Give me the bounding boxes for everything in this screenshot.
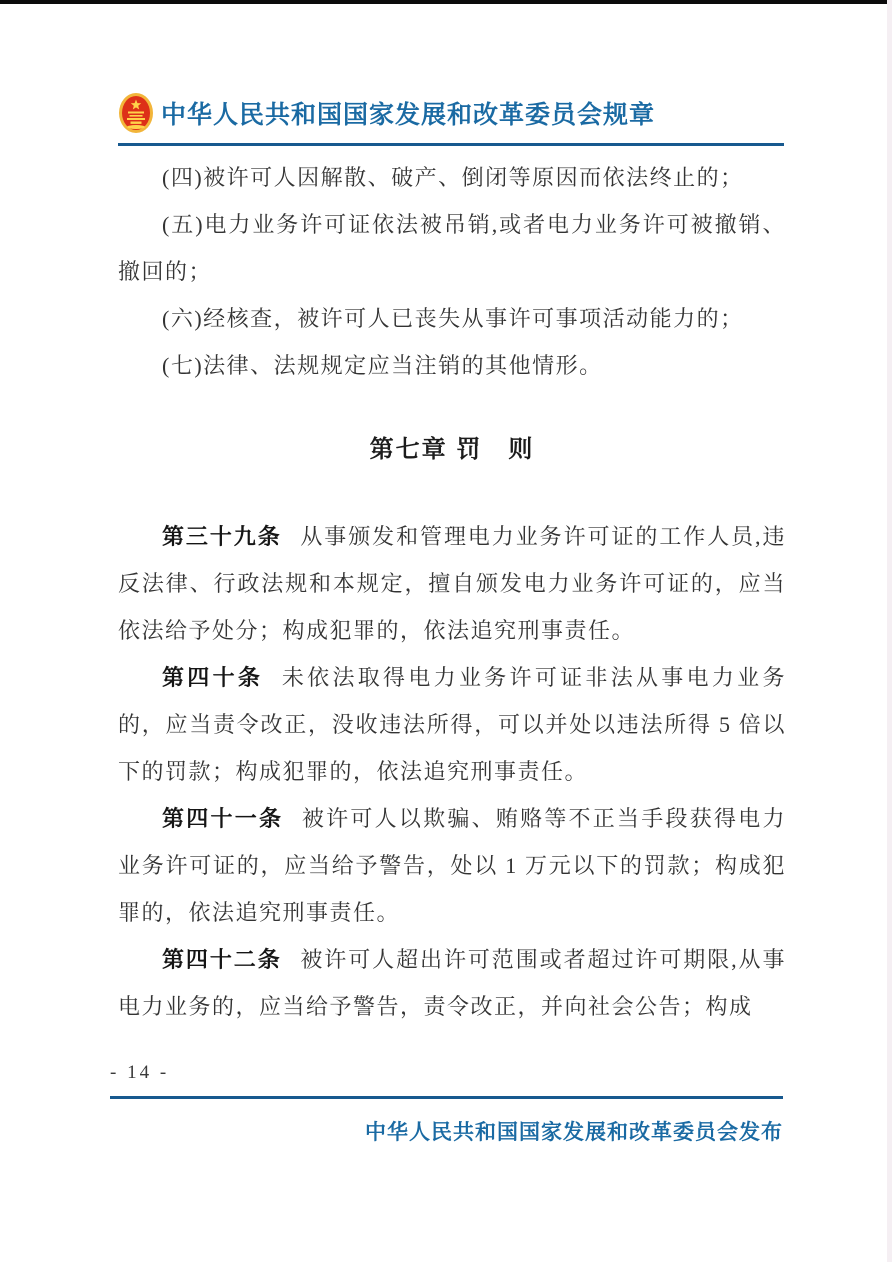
article-40: 第四十条未依法取得电力业务许可证非法从事电力业务的，应当责令改正，没收违法所得，… (118, 654, 786, 795)
document-footer: - 14 - 中华人民共和国国家发展和改革委员会发布 (0, 1061, 892, 1146)
document-header: 中华人民共和国国家发展和改革委员会规章 (118, 92, 892, 134)
scan-top-edge (0, 0, 889, 4)
article-41: 第四十一条被许可人以欺骗、贿赂等不正当手段获得电力业务许可证的，应当给予警告，处… (118, 795, 786, 936)
page-number: - 14 - (110, 1061, 892, 1085)
scan-right-edge (887, 0, 892, 1262)
clause-item-4: (四)被许可人因解散、破产、倒闭等原因而依法终止的； (118, 154, 786, 201)
header-title: 中华人民共和国国家发展和改革委员会规章 (161, 95, 655, 131)
article-42: 第四十二条被许可人超出许可范围或者超过许可期限,从事电力业务的，应当给予警告，责… (118, 936, 786, 1030)
clause-item-7: (七)法律、法规规定应当注销的其他情形。 (118, 342, 786, 389)
china-national-emblem-icon (118, 92, 154, 134)
chapter-heading: 第七章 罚 则 (118, 435, 786, 465)
publisher-line: 中华人民共和国国家发展和改革委员会发布 (0, 1116, 783, 1146)
footer-divider (110, 1096, 783, 1099)
document-page: 中华人民共和国国家发展和改革委员会规章 (四)被许可人因解散、破产、倒闭等原因而… (0, 0, 892, 1262)
article-42-number: 第四十二条 (162, 947, 282, 972)
article-41-number: 第四十一条 (162, 806, 283, 831)
article-39: 第三十九条从事颁发和管理电力业务许可证的工作人员,违反法律、行政法规和本规定，擅… (118, 513, 786, 654)
document-body: (四)被许可人因解散、破产、倒闭等原因而依法终止的； (五)电力业务许可证依法被… (118, 154, 786, 1030)
article-40-number: 第四十条 (162, 665, 263, 690)
clause-item-6: (六)经核查，被许可人已丧失从事许可事项活动能力的； (118, 295, 786, 342)
clause-item-5: (五)电力业务许可证依法被吊销,或者电力业务许可被撤销、撤回的； (118, 201, 786, 295)
header-divider (118, 143, 784, 146)
article-39-number: 第三十九条 (162, 524, 282, 549)
